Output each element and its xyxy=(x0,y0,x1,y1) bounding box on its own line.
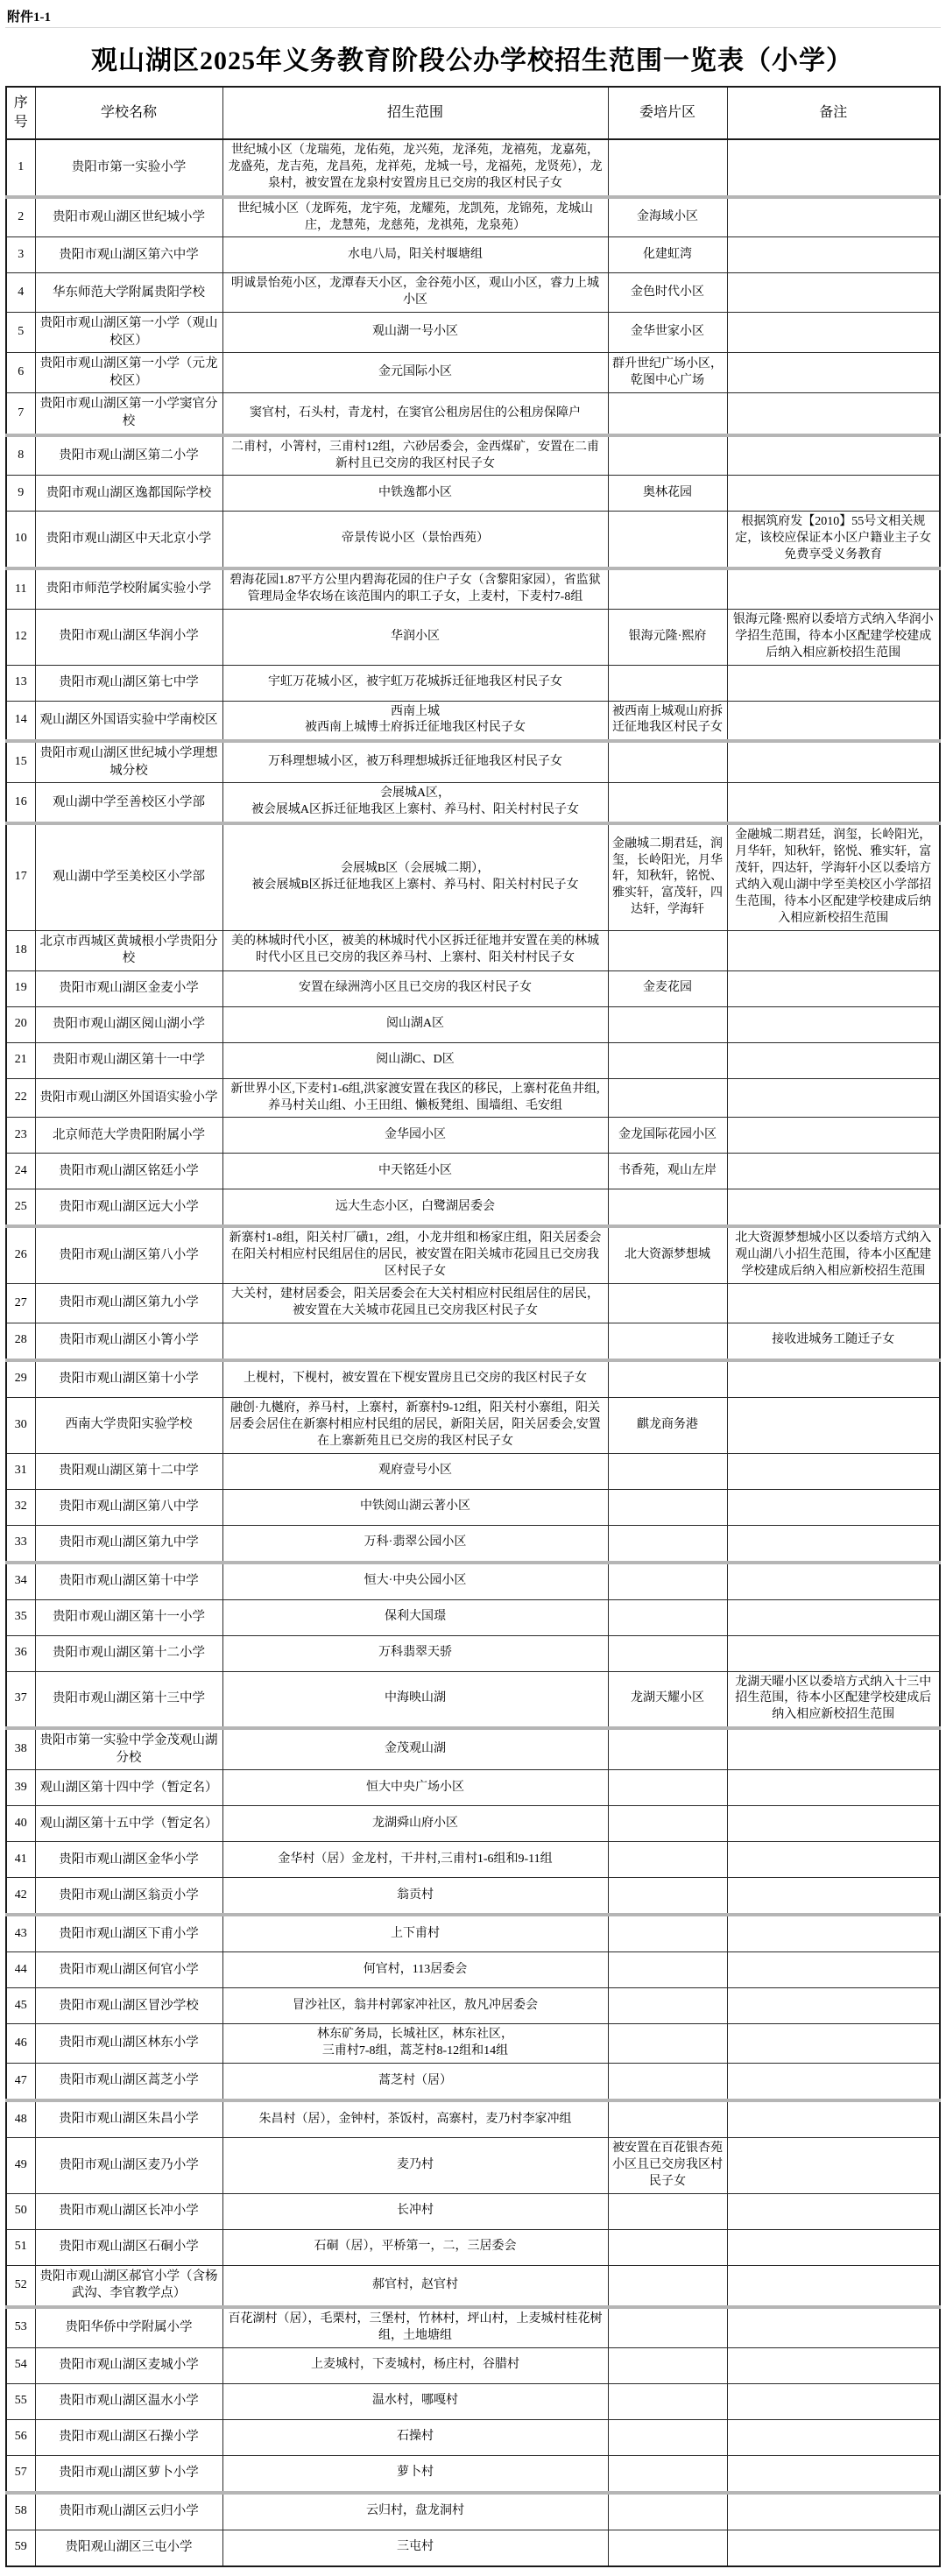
cell-remark xyxy=(727,1806,940,1842)
cell-district xyxy=(608,1323,727,1360)
table-header: 序号 学校名称 招生范围 委培片区 备注 xyxy=(6,87,940,139)
table-row: 25贵阳市观山湖区远大小学远大生态小区，白鹭湖居委会 xyxy=(6,1189,940,1227)
table-row: 26贵阳市观山湖区第八小学新寨村1-8组，阳关村厂磺1，2组，小龙井组和杨家庄组… xyxy=(6,1226,940,1283)
cell-district: 麒龙商务港 xyxy=(608,1397,727,1453)
cell-school: 贵阳市观山湖区第一小学窦官分校 xyxy=(35,393,222,435)
cell-district: 金色时代小区 xyxy=(608,273,727,313)
cell-range: 华润小区 xyxy=(222,609,608,665)
table-row: 10贵阳市观山湖区中天北京小学帝景传说小区（景怡西苑）根据筑府发【2010】55… xyxy=(6,512,940,568)
cell-school: 贵阳市观山湖区金麦小学 xyxy=(35,970,222,1006)
cell-no: 59 xyxy=(6,2530,35,2566)
table-row: 58贵阳市观山湖区云归小学云归村，盘龙洞村 xyxy=(6,2493,940,2530)
cell-school: 贵阳市观山湖区石硐小学 xyxy=(35,2229,222,2265)
cell-no: 43 xyxy=(6,1915,35,1952)
cell-remark xyxy=(727,701,940,741)
cell-range: 上枧村，下枧村，被安置在下枧安置房且已交房的我区村民子女 xyxy=(222,1360,608,1398)
cell-school: 贵阳市观山湖区外国语实验小学 xyxy=(35,1078,222,1118)
cell-range: 二甫村，小箐村，三甫村12组，六砂居委会，金西煤矿，安置在二甫新村且已交房的我区… xyxy=(222,435,608,476)
cell-range: 温水村，哪嘎村 xyxy=(222,2383,608,2419)
cell-range: 上麦城村，下麦城村，杨庄村，谷腊村 xyxy=(222,2347,608,2383)
cell-school: 观山湖区外国语实验中学南校区 xyxy=(35,701,222,741)
cell-school: 西南大学贵阳实验学校 xyxy=(35,1397,222,1453)
table-row: 34贵阳市观山湖区第十中学恒大·中央公园小区 xyxy=(6,1563,940,1600)
cell-school: 贵阳市观山湖区何官小学 xyxy=(35,1952,222,1988)
cell-remark xyxy=(727,568,940,609)
cell-range: 长冲村 xyxy=(222,2193,608,2229)
cell-remark xyxy=(727,1878,940,1916)
cell-district: 被安置在百花银杏苑小区且已交房我区村民子女 xyxy=(608,2138,727,2194)
cell-school: 贵阳市观山湖区小箐小学 xyxy=(35,1323,222,1360)
cell-school: 贵阳市观山湖区石操小学 xyxy=(35,2419,222,2455)
document-page: 附件1-1 观山湖区2025年义务教育阶段公办学校招生范围一览表（小学） 序号 … xyxy=(0,0,946,2576)
cell-no: 19 xyxy=(6,970,35,1006)
table-row: 16观山湖中学至善校区小学部会展城A区， 被会展城A区拆迁征地我区上寨村、养马村… xyxy=(6,783,940,823)
cell-remark xyxy=(727,1728,940,1770)
cell-district xyxy=(608,568,727,609)
cell-remark xyxy=(727,1952,940,1988)
cell-district xyxy=(608,2493,727,2530)
cell-school: 贵阳市观山湖区中天北京小学 xyxy=(35,512,222,568)
cell-remark xyxy=(727,1988,940,2024)
cell-range: 石操村 xyxy=(222,2419,608,2455)
cell-range: 何官村，113居委会 xyxy=(222,1952,608,1988)
cell-district xyxy=(608,1078,727,1118)
cell-school: 北京师范大学贵阳附属小学 xyxy=(35,1118,222,1154)
cell-remark xyxy=(727,1154,940,1189)
table-row: 40观山湖区第十五中学（暂定名）龙湖舜山府小区 xyxy=(6,1806,940,1842)
cell-school: 贵阳市观山湖区第六中学 xyxy=(35,237,222,273)
cell-remark xyxy=(727,2265,940,2307)
cell-no: 9 xyxy=(6,476,35,512)
table-row: 12贵阳市观山湖区华润小学华润小区银海元隆·熙府银海元隆·熙府以委培方式纳入华润… xyxy=(6,609,940,665)
table-row: 27贵阳市观山湖区第九小学大关村，建材居委会，阳关居委会在大关村相应村民组居住的… xyxy=(6,1284,940,1323)
cell-district xyxy=(608,1189,727,1227)
cell-school: 贵阳市观山湖区第十二小学 xyxy=(35,1635,222,1671)
cell-school: 贵阳市观山湖区华润小学 xyxy=(35,609,222,665)
cell-range: 翁贡村 xyxy=(222,1878,608,1916)
cell-range: 保利大国璟 xyxy=(222,1599,608,1635)
cell-district xyxy=(608,1770,727,1806)
table-row: 18北京市西城区黄城根小学贵阳分校美的林城时代小区，被美的林城时代小区拆迁征地并… xyxy=(6,930,940,970)
cell-range: 会展城A区， 被会展城A区拆迁征地我区上寨村、养马村、阳关村村民子女 xyxy=(222,783,608,823)
cell-range: 金茂观山湖 xyxy=(222,1728,608,1770)
cell-remark xyxy=(727,2193,940,2229)
cell-no: 20 xyxy=(6,1006,35,1042)
cell-range: 中铁逸都小区 xyxy=(222,476,608,512)
cell-range: 冒沙社区，翁井村郭家冲社区，敖凡冲居委会 xyxy=(222,1988,608,2024)
cell-district xyxy=(608,2419,727,2455)
table-row: 3贵阳市观山湖区第六中学水电八局，阳关村堰塘组化建虹湾 xyxy=(6,237,940,273)
cell-district xyxy=(608,1042,727,1078)
cell-range xyxy=(222,1323,608,1360)
table-row: 53贵阳华侨中学附属小学百花湖村（居），毛栗村，三堡村，竹林村，坪山村，上麦城村… xyxy=(6,2307,940,2347)
cell-district: 书香苑，观山左岸 xyxy=(608,1154,727,1189)
cell-no: 32 xyxy=(6,1489,35,1525)
cell-school: 贵阳市观山湖区第十一中学 xyxy=(35,1042,222,1078)
table-row: 54贵阳市观山湖区麦城小学上麦城村，下麦城村，杨庄村，谷腊村 xyxy=(6,2347,940,2383)
cell-no: 10 xyxy=(6,512,35,568)
table-row: 37贵阳市观山湖区第十三中学中海映山湖龙湖天耀小区龙湖天曜小区以委培方式纳入十三… xyxy=(6,1671,940,1728)
cell-remark xyxy=(727,1770,940,1806)
cell-school: 贵阳市观山湖区第十小学 xyxy=(35,1360,222,1398)
cell-no: 55 xyxy=(6,2383,35,2419)
cell-district xyxy=(608,2193,727,2229)
table-row: 9贵阳市观山湖区逸都国际学校中铁逸都小区奥林花园 xyxy=(6,476,940,512)
cell-no: 49 xyxy=(6,2138,35,2194)
cell-remark xyxy=(727,197,940,237)
cell-range: 中海映山湖 xyxy=(222,1671,608,1728)
cell-no: 17 xyxy=(6,823,35,930)
cell-district xyxy=(608,2455,727,2493)
table-row: 38贵阳市第一实验中学金茂观山湖分校金茂观山湖 xyxy=(6,1728,940,1770)
table-row: 19贵阳市观山湖区金麦小学安置在绿洲湾小区且已交房的我区村民子女金麦花园 xyxy=(6,970,940,1006)
cell-district xyxy=(608,1563,727,1600)
cell-range: 阅山湖C、D区 xyxy=(222,1042,608,1078)
cell-school: 贵阳市观山湖区第七中学 xyxy=(35,665,222,701)
cell-range: 林东矿务局，长城社区，林东社区， 三甫村7-8组，蒿芝村8-12组和14组 xyxy=(222,2024,608,2064)
table-row: 41贵阳市观山湖区金华小学金华村（居）金龙村，干井村,三甫村1-6组和9-11组 xyxy=(6,1842,940,1878)
table-row: 49贵阳市观山湖区麦乃小学麦乃村被安置在百花银杏苑小区且已交房我区村民子女 xyxy=(6,2138,940,2194)
cell-district xyxy=(608,741,727,783)
cell-range: 萝卜村 xyxy=(222,2455,608,2493)
table-row: 43贵阳市观山湖区下甫小学上下甫村 xyxy=(6,1915,940,1952)
cell-range: 会展城B区（会展城二期）， 被会展城B区拆迁征地我区上寨村、养马村、阳关村村民子… xyxy=(222,823,608,930)
cell-no: 6 xyxy=(6,353,35,393)
cell-district xyxy=(608,1952,727,1988)
cell-school: 贵阳市观山湖区逸都国际学校 xyxy=(35,476,222,512)
cell-no: 23 xyxy=(6,1118,35,1154)
table-row: 24贵阳市观山湖区铭廷小学中天铭廷小区书香苑，观山左岸 xyxy=(6,1154,940,1189)
cell-no: 46 xyxy=(6,2024,35,2064)
cell-school: 贵阳市观山湖区第一小学（元龙校区） xyxy=(35,353,222,393)
cell-no: 25 xyxy=(6,1189,35,1227)
cell-remark xyxy=(727,1453,940,1489)
cell-school: 贵阳市观山湖区第九小学 xyxy=(35,1284,222,1323)
cell-school: 贵阳市观山湖区第八小学 xyxy=(35,1226,222,1283)
cell-district xyxy=(608,1842,727,1878)
cell-district xyxy=(608,1284,727,1323)
table-row: 13贵阳市观山湖区第七中学宇虹万花城小区，被宇虹万花城拆迁征地我区村民子女 xyxy=(6,665,940,701)
cell-remark xyxy=(727,139,940,197)
cell-district: 被西南上城观山府拆迁征地我区村民子女 xyxy=(608,701,727,741)
cell-remark xyxy=(727,2138,940,2194)
cell-no: 15 xyxy=(6,741,35,783)
cell-range: 上下甫村 xyxy=(222,1915,608,1952)
cell-remark: 银海元隆·熙府以委培方式纳入华润小学招生范围，待本小区配建学校建成后纳入相应新校… xyxy=(727,609,940,665)
cell-district: 金融城二期君廷，润玺，长岭阳光，月华轩，知秋轩，铭悦、雅实轩，富茂轩，四达轩，学… xyxy=(608,823,727,930)
cell-school: 观山湖区第十四中学（暂定名） xyxy=(35,1770,222,1806)
cell-remark xyxy=(727,2530,940,2566)
cell-range: 新寨村1-8组，阳关村厂磺1，2组，小龙井组和杨家庄组，阳关居委会在阳关村相应村… xyxy=(222,1226,608,1283)
table-row: 4华东师范大学附属贵阳学校明诚景怡苑小区，龙潭春天小区，金谷苑小区，观山小区，睿… xyxy=(6,273,940,313)
cell-school: 贵阳市观山湖区世纪城小学 xyxy=(35,197,222,237)
cell-district xyxy=(608,393,727,435)
cell-remark xyxy=(727,393,940,435)
cell-remark: 龙湖天曜小区以委培方式纳入十三中招生范围，待本小区配建学校建成后纳入相应新校招生… xyxy=(727,1671,940,1728)
cell-remark xyxy=(727,783,940,823)
table-row: 55贵阳市观山湖区温水小学温水村，哪嘎村 xyxy=(6,2383,940,2419)
cell-no: 47 xyxy=(6,2064,35,2101)
col-header-school: 学校名称 xyxy=(35,87,222,139)
cell-no: 52 xyxy=(6,2265,35,2307)
table-row: 56贵阳市观山湖区石操小学石操村 xyxy=(6,2419,940,2455)
cell-district xyxy=(608,1006,727,1042)
cell-remark xyxy=(727,930,940,970)
cell-remark: 接收进城务工随迁子女 xyxy=(727,1323,940,1360)
cell-district: 龙湖天耀小区 xyxy=(608,1671,727,1728)
cell-remark xyxy=(727,1006,940,1042)
cell-range: 金华村（居）金龙村，干井村,三甫村1-6组和9-11组 xyxy=(222,1842,608,1878)
cell-no: 50 xyxy=(6,2193,35,2229)
cell-range: 万科理想城小区，被万科理想城拆迁征地我区村民子女 xyxy=(222,741,608,783)
cell-district: 金麦花园 xyxy=(608,970,727,1006)
cell-range: 三屯村 xyxy=(222,2530,608,2566)
cell-district xyxy=(608,512,727,568)
table-row: 28贵阳市观山湖区小箐小学接收进城务工随迁子女 xyxy=(6,1323,940,1360)
cell-remark xyxy=(727,2024,940,2064)
cell-no: 56 xyxy=(6,2419,35,2455)
cell-no: 3 xyxy=(6,237,35,273)
attachment-label: 附件1-1 xyxy=(5,4,941,28)
cell-school: 北京市西城区黄城根小学贵阳分校 xyxy=(35,930,222,970)
cell-remark: 金融城二期君廷，润玺，长岭阳光，月华轩，知秋轩，铭悦、雅实轩，富茂轩，四达轩，学… xyxy=(727,823,940,930)
cell-range: 万科翡翠天骄 xyxy=(222,1635,608,1671)
cell-district xyxy=(608,1635,727,1671)
cell-no: 39 xyxy=(6,1770,35,1806)
cell-range: 明诚景怡苑小区，龙潭春天小区，金谷苑小区，观山小区，睿力上城小区 xyxy=(222,273,608,313)
table-row: 50贵阳市观山湖区长冲小学长冲村 xyxy=(6,2193,940,2229)
cell-remark xyxy=(727,2419,940,2455)
cell-no: 41 xyxy=(6,1842,35,1878)
cell-no: 13 xyxy=(6,665,35,701)
cell-range: 阅山湖A区 xyxy=(222,1006,608,1042)
cell-no: 12 xyxy=(6,609,35,665)
table-row: 45贵阳市观山湖区冒沙学校冒沙社区，翁井村郭家冲社区，敖凡冲居委会 xyxy=(6,1988,940,2024)
cell-remark xyxy=(727,476,940,512)
cell-district: 群升世纪广场小区，乾图中心广场 xyxy=(608,353,727,393)
cell-no: 11 xyxy=(6,568,35,609)
cell-range: 中天铭廷小区 xyxy=(222,1154,608,1189)
cell-no: 28 xyxy=(6,1323,35,1360)
cell-remark xyxy=(727,970,940,1006)
cell-range: 美的林城时代小区，被美的林城时代小区拆迁征地并安置在美的林城时代小区且已交房的我… xyxy=(222,930,608,970)
cell-school: 观山湖中学至美校区小学部 xyxy=(35,823,222,930)
cell-range: 石硐（居），平桥第一，二，三居委会 xyxy=(222,2229,608,2265)
cell-remark xyxy=(727,313,940,353)
cell-remark xyxy=(727,2064,940,2101)
cell-range: 郝官村，赵官村 xyxy=(222,2265,608,2307)
cell-district xyxy=(608,2307,727,2347)
cell-range: 窦官村，石头村，青龙村，在窦官公租房居住的公租房保障户 xyxy=(222,393,608,435)
cell-remark xyxy=(727,1489,940,1525)
cell-district xyxy=(608,783,727,823)
table-row: 2贵阳市观山湖区世纪城小学世纪城小区（龙晖苑，龙宇苑，龙耀苑，龙凯苑，龙锦苑，龙… xyxy=(6,197,940,237)
cell-no: 24 xyxy=(6,1154,35,1189)
cell-no: 38 xyxy=(6,1728,35,1770)
table-row: 8贵阳市观山湖区第二小学二甫村，小箐村，三甫村12组，六砂居委会，金西煤矿，安置… xyxy=(6,435,940,476)
table-row: 22贵阳市观山湖区外国语实验小学新世界小区,下麦村1-6组,洪家渡安置在我区的移… xyxy=(6,1078,940,1118)
cell-school: 观山湖区第十五中学（暂定名） xyxy=(35,1806,222,1842)
cell-school: 贵阳市观山湖区第十一小学 xyxy=(35,1599,222,1635)
cell-school: 贵阳市第一实验中学金茂观山湖分校 xyxy=(35,1728,222,1770)
cell-remark xyxy=(727,665,940,701)
cell-no: 37 xyxy=(6,1671,35,1728)
cell-remark xyxy=(727,1360,940,1398)
cell-school: 贵阳市观山湖区朱昌小学 xyxy=(35,2100,222,2138)
cell-range: 安置在绿洲湾小区且已交房的我区村民子女 xyxy=(222,970,608,1006)
cell-no: 22 xyxy=(6,1078,35,1118)
cell-school: 贵阳市观山湖区第八中学 xyxy=(35,1489,222,1525)
cell-range: 中铁阅山湖云著小区 xyxy=(222,1489,608,1525)
cell-school: 贵阳市观山湖区第十三中学 xyxy=(35,1671,222,1728)
cell-no: 21 xyxy=(6,1042,35,1078)
cell-range: 蒿芝村（居） xyxy=(222,2064,608,2101)
cell-district xyxy=(608,1878,727,1916)
cell-range: 西南上城 被西南上城博士府拆迁征地我区村民子女 xyxy=(222,701,608,741)
cell-district xyxy=(608,139,727,197)
cell-remark xyxy=(727,1118,940,1154)
cell-school: 华东师范大学附属贵阳学校 xyxy=(35,273,222,313)
cell-range: 朱昌村（居），金钟村，茶饭村，高寨村，麦乃村李家冲组 xyxy=(222,2100,608,2138)
cell-remark xyxy=(727,2493,940,2530)
cell-remark xyxy=(727,2347,940,2383)
cell-remark xyxy=(727,1525,940,1563)
cell-district xyxy=(608,1599,727,1635)
table-row: 39观山湖区第十四中学（暂定名）恒大中央广场小区 xyxy=(6,1770,940,1806)
cell-range: 麦乃村 xyxy=(222,2138,608,2194)
cell-range: 融创·九樾府，养马村，上寨村，新寨村9-12组，阳关村小寨组，阳关居委会居住在新… xyxy=(222,1397,608,1453)
cell-remark xyxy=(727,1189,940,1227)
cell-no: 5 xyxy=(6,313,35,353)
cell-district xyxy=(608,2265,727,2307)
table-row: 14观山湖区外国语实验中学南校区西南上城 被西南上城博士府拆迁征地我区村民子女被… xyxy=(6,701,940,741)
cell-remark: 北大资源梦想城小区以委培方式纳入观山湖八小招生范围，待本小区配建学校建成后纳入相… xyxy=(727,1226,940,1283)
table-row: 11贵阳市师范学校附属实验小学碧海花园1.87平方公里内碧海花园的住户子女（含黎… xyxy=(6,568,940,609)
cell-range: 百花湖村（居），毛栗村，三堡村，竹林村，坪山村，上麦城村桂花树组，土地塘组 xyxy=(222,2307,608,2347)
cell-remark xyxy=(727,1042,940,1078)
cell-no: 58 xyxy=(6,2493,35,2530)
cell-district: 银海元隆·熙府 xyxy=(608,609,727,665)
table-row: 23北京师范大学贵阳附属小学金华园小区金龙国际花园小区 xyxy=(6,1118,940,1154)
table-row: 59贵阳观山湖区三屯小学三屯村 xyxy=(6,2530,940,2566)
col-header-no: 序号 xyxy=(6,87,35,139)
cell-remark xyxy=(727,1635,940,1671)
cell-no: 1 xyxy=(6,139,35,197)
cell-range: 新世界小区,下麦村1-6组,洪家渡安置在我区的移民，上寨村花鱼井组,养马村关山组… xyxy=(222,1078,608,1118)
cell-range: 观山湖一号小区 xyxy=(222,313,608,353)
cell-no: 27 xyxy=(6,1284,35,1323)
cell-school: 贵阳市观山湖区翁贡小学 xyxy=(35,1878,222,1916)
cell-no: 18 xyxy=(6,930,35,970)
cell-district xyxy=(608,1360,727,1398)
cell-district: 金海域小区 xyxy=(608,197,727,237)
cell-school: 贵阳市观山湖区云归小学 xyxy=(35,2493,222,2530)
cell-no: 14 xyxy=(6,701,35,741)
table-row: 32贵阳市观山湖区第八中学中铁阅山湖云著小区 xyxy=(6,1489,940,1525)
cell-no: 8 xyxy=(6,435,35,476)
cell-district xyxy=(608,1915,727,1952)
col-header-remark: 备注 xyxy=(727,87,940,139)
table-row: 29贵阳市观山湖区第十小学上枧村，下枧村，被安置在下枧安置房且已交房的我区村民子… xyxy=(6,1360,940,1398)
table-row: 17观山湖中学至美校区小学部会展城B区（会展城二期）， 被会展城B区拆迁征地我区… xyxy=(6,823,940,930)
table-row: 47贵阳市观山湖区蒿芝小学蒿芝村（居） xyxy=(6,2064,940,2101)
cell-district: 化建虹湾 xyxy=(608,237,727,273)
table-row: 7贵阳市观山湖区第一小学窦官分校窦官村，石头村，青龙村，在窦官公租房居住的公租房… xyxy=(6,393,940,435)
cell-district: 金华世家小区 xyxy=(608,313,727,353)
cell-no: 30 xyxy=(6,1397,35,1453)
cell-remark: 根据筑府发【2010】55号文相关规定，该校应保证本小区户籍业主子女免费享受义务… xyxy=(727,512,940,568)
cell-district xyxy=(608,435,727,476)
table-row: 51贵阳市观山湖区石硐小学石硐（居），平桥第一，二，三居委会 xyxy=(6,2229,940,2265)
cell-remark xyxy=(727,1284,940,1323)
cell-range: 金华园小区 xyxy=(222,1118,608,1154)
col-header-range: 招生范围 xyxy=(222,87,608,139)
cell-no: 53 xyxy=(6,2307,35,2347)
cell-no: 29 xyxy=(6,1360,35,1398)
table-row: 33贵阳市观山湖区第九中学万科·翡翠公园小区 xyxy=(6,1525,940,1563)
cell-school: 贵阳市观山湖区冒沙学校 xyxy=(35,1988,222,2024)
cell-school: 贵阳市观山湖区阅山湖小学 xyxy=(35,1006,222,1042)
cell-district xyxy=(608,1525,727,1563)
table-row: 42贵阳市观山湖区翁贡小学翁贡村 xyxy=(6,1878,940,1916)
cell-no: 26 xyxy=(6,1226,35,1283)
cell-district xyxy=(608,2100,727,2138)
page-title: 观山湖区2025年义务教育阶段公办学校招生范围一览表（小学） xyxy=(5,28,939,86)
cell-remark xyxy=(727,2307,940,2347)
cell-no: 16 xyxy=(6,783,35,823)
cell-school: 贵阳市观山湖区萝卜小学 xyxy=(35,2455,222,2493)
table-row: 44贵阳市观山湖区何官小学何官村，113居委会 xyxy=(6,1952,940,1988)
table-row: 30西南大学贵阳实验学校融创·九樾府，养马村，上寨村，新寨村9-12组，阳关村小… xyxy=(6,1397,940,1453)
header-row: 序号 学校名称 招生范围 委培片区 备注 xyxy=(6,87,940,139)
cell-remark xyxy=(727,273,940,313)
cell-remark xyxy=(727,2229,940,2265)
cell-district xyxy=(608,1988,727,2024)
cell-district xyxy=(608,1489,727,1525)
table-row: 6贵阳市观山湖区第一小学（元龙校区）金元国际小区群升世纪广场小区，乾图中心广场 xyxy=(6,353,940,393)
cell-remark xyxy=(727,1915,940,1952)
cell-district xyxy=(608,2383,727,2419)
cell-school: 贵阳市观山湖区第二小学 xyxy=(35,435,222,476)
cell-school: 贵阳市观山湖区金华小学 xyxy=(35,1842,222,1878)
cell-range: 碧海花园1.87平方公里内碧海花园的住户子女（含黎阳家园），省监狱管理局金华农场… xyxy=(222,568,608,609)
cell-remark xyxy=(727,1397,940,1453)
cell-no: 33 xyxy=(6,1525,35,1563)
cell-school: 贵阳市第一实验小学 xyxy=(35,139,222,197)
cell-school: 贵阳市观山湖区铭廷小学 xyxy=(35,1154,222,1189)
cell-remark xyxy=(727,2455,940,2493)
cell-remark xyxy=(727,1078,940,1118)
cell-range: 金元国际小区 xyxy=(222,353,608,393)
cell-remark xyxy=(727,237,940,273)
table-row: 46贵阳市观山湖区林东小学林东矿务局，长城社区，林东社区， 三甫村7-8组，蒿芝… xyxy=(6,2024,940,2064)
cell-no: 34 xyxy=(6,1563,35,1600)
cell-school: 观山湖中学至善校区小学部 xyxy=(35,783,222,823)
cell-no: 45 xyxy=(6,1988,35,2024)
table-row: 36贵阳市观山湖区第十二小学万科翡翠天骄 xyxy=(6,1635,940,1671)
table-body: 1贵阳市第一实验小学世纪城小区（龙瑞苑，龙佑苑，龙兴苑，龙泽苑，龙禧苑，龙嘉苑，… xyxy=(6,139,940,2566)
table-row: 1贵阳市第一实验小学世纪城小区（龙瑞苑，龙佑苑，龙兴苑，龙泽苑，龙禧苑，龙嘉苑，… xyxy=(6,139,940,197)
cell-range: 宇虹万花城小区，被宇虹万花城拆迁征地我区村民子女 xyxy=(222,665,608,701)
cell-district xyxy=(608,2347,727,2383)
cell-district xyxy=(608,2064,727,2101)
cell-no: 57 xyxy=(6,2455,35,2493)
table-row: 52贵阳市观山湖区郝官小学（含杨武沟、李官教学点）郝官村，赵官村 xyxy=(6,2265,940,2307)
cell-remark xyxy=(727,1842,940,1878)
cell-range: 云归村，盘龙洞村 xyxy=(222,2493,608,2530)
enrollment-zone-table: 序号 学校名称 招生范围 委培片区 备注 1贵阳市第一实验小学世纪城小区（龙瑞苑… xyxy=(5,86,941,2567)
cell-remark xyxy=(727,435,940,476)
